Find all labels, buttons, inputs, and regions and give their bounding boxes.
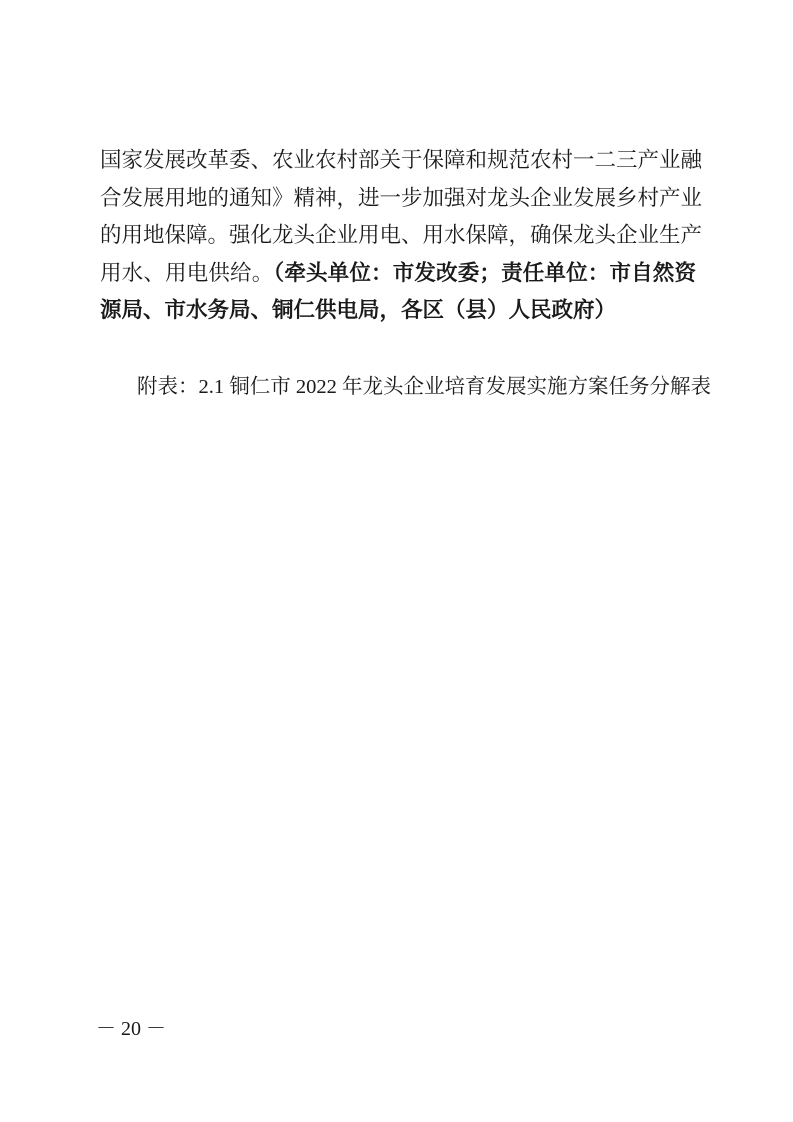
paragraph-text: 合发展用地的通知》精神，进一步加强对龙头企业发展乡村产业 xyxy=(100,186,702,211)
responsible-units-text: 源局、市水务局、铜仁供电局，各区（县）人民政府） xyxy=(100,298,616,323)
responsible-units-text: （牵头单位：市发改委；责任单位：市自然资 xyxy=(273,261,696,286)
paragraph-line-4: 用水、用电供给。（牵头单位：市发改委；责任单位：市自然资 xyxy=(100,255,696,293)
paragraph-text: 用水、用电供给。 xyxy=(100,261,273,286)
page-number: － 20 － xyxy=(96,1012,166,1041)
paragraph-line-2: 合发展用地的通知》精神，进一步加强对龙头企业发展乡村产业 xyxy=(100,180,696,218)
paragraph-line-5: 源局、市水务局、铜仁供电局，各区（县）人民政府） xyxy=(100,292,696,330)
document-page: 国家发展改革委、农业农村部关于保障和规范农村一二三产业融 合发展用地的通知》精神… xyxy=(0,0,793,1122)
paragraph-text: 国家发展改革委、农业农村部关于保障和规范农村一二三产业融 xyxy=(100,148,702,173)
body-paragraph: 国家发展改革委、农业农村部关于保障和规范农村一二三产业融 合发展用地的通知》精神… xyxy=(100,142,696,330)
paragraph-text: 的用地保障。强化龙头企业用电、用水保障，确保龙头企业生产 xyxy=(100,223,702,248)
attachment-note: 附表：2.1 铜仁市 2022 年龙头企业培育发展实施方案任务分解表 xyxy=(137,373,711,401)
paragraph-line-3: 的用地保障。强化龙头企业用电、用水保障，确保龙头企业生产 xyxy=(100,217,696,255)
paragraph-line-1: 国家发展改革委、农业农村部关于保障和规范农村一二三产业融 xyxy=(100,142,696,180)
